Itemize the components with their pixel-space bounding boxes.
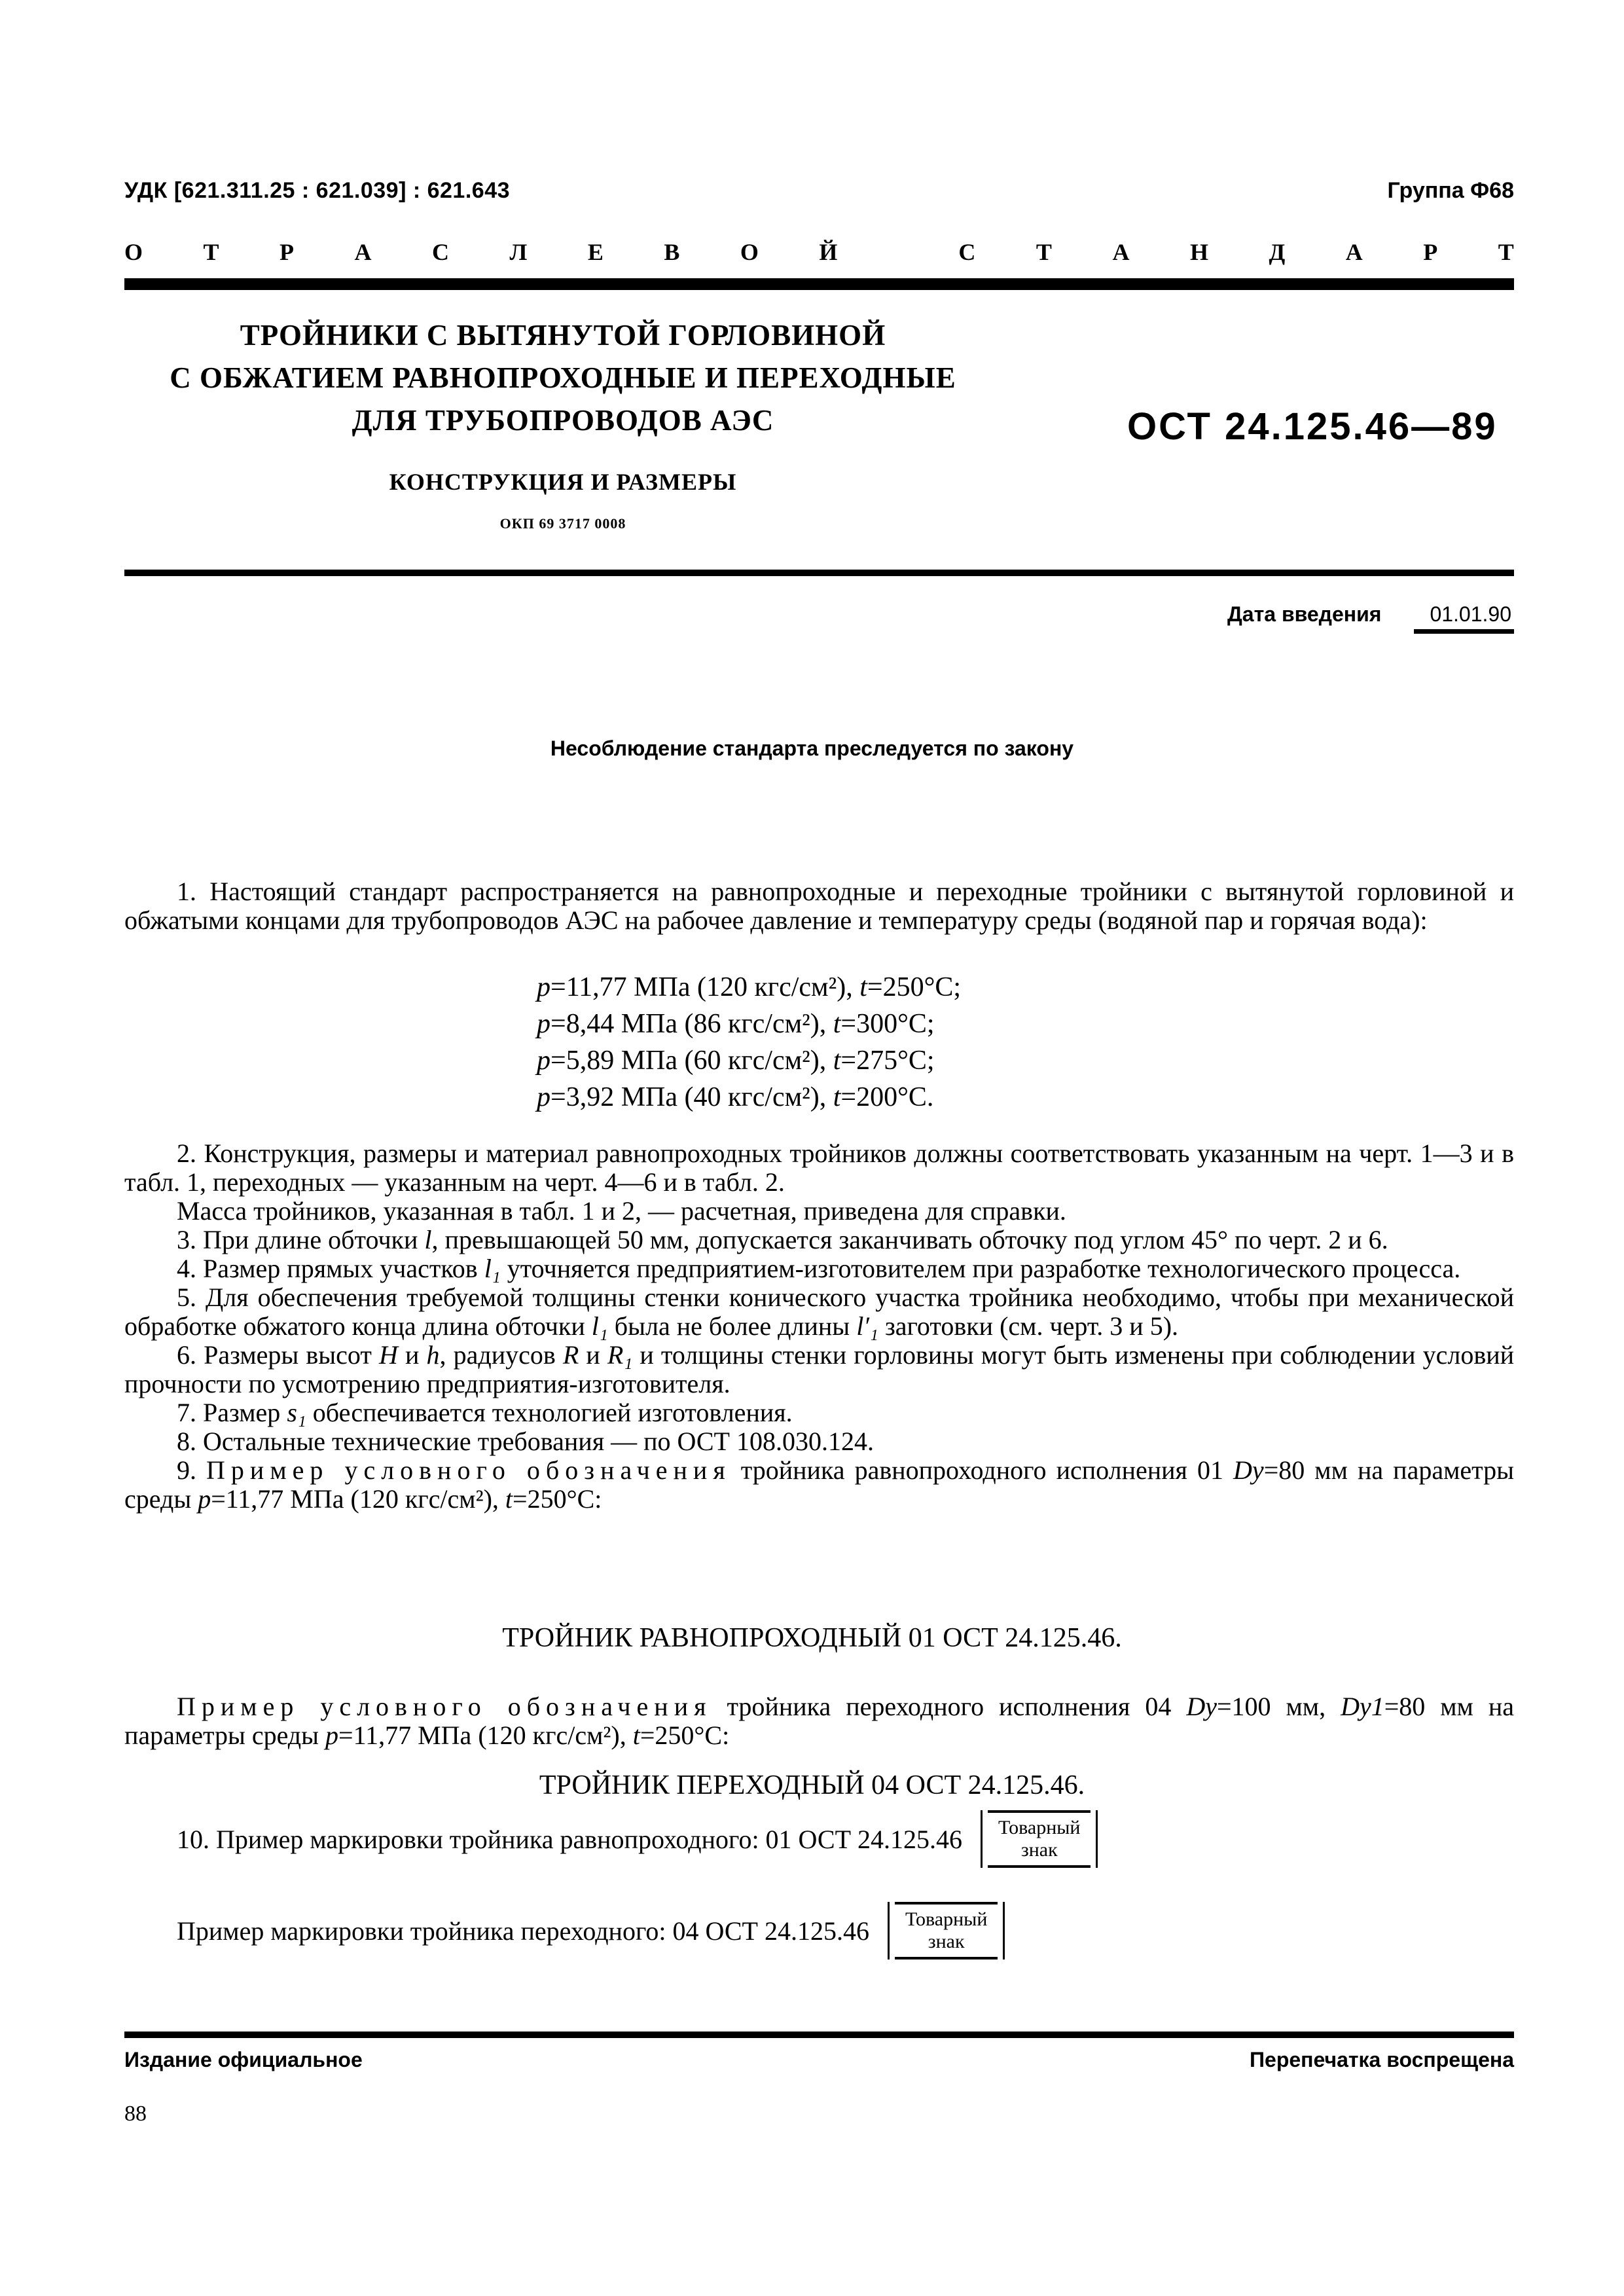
formula-line: p=8,44 МПа (86 кгс/см²), t=300°С; xyxy=(537,1006,935,1042)
official-edition: Издание официальное xyxy=(124,2048,363,2072)
title-line: С ОБЖАТИЕМ РАВНОПРОХОДНЫЕ И ПЕРЕХОДНЫЕ xyxy=(124,357,1001,399)
heading-letter: Л xyxy=(510,238,528,266)
formula-line: p=3,92 МПа (40 кгс/см²), t=200°С. xyxy=(537,1079,933,1116)
paragraph-2: 2. Конструкция, размеры и материал равно… xyxy=(124,1139,1514,1197)
temp-value: 300°С; xyxy=(856,1009,934,1039)
paragraph-8: 8. Остальные технические требования — по… xyxy=(124,1427,1514,1456)
intro-date-label: Дата введения xyxy=(1227,602,1381,627)
heading-letter: О xyxy=(740,238,759,266)
example-reducing-tee: ТРОЙНИК ПЕРЕХОДНЫЙ 04 ОСТ 24.125.46. xyxy=(0,1770,1624,1801)
paragraph-2b: Масса тройников, указанная в табл. 1 и 2… xyxy=(124,1197,1514,1226)
marking-example-1: 10. Пример маркировки тройника равнопрох… xyxy=(177,1810,1098,1868)
kgf-value: (86 кгс/см²), xyxy=(685,1009,827,1039)
trademark-box: Товарный знак xyxy=(888,1902,1005,1959)
paragraph-7: 7. Размер s₁ обеспечивается технологией … xyxy=(124,1398,1514,1427)
kgf-value: (40 кгс/см²), xyxy=(685,1082,827,1112)
group-code: Группа Ф68 xyxy=(1388,178,1514,204)
heading-letter: А xyxy=(355,238,372,266)
temp-value: 250°С; xyxy=(883,972,961,1002)
heading-letter: А xyxy=(1112,238,1129,266)
reprint-notice: Перепечатка воспрещена xyxy=(1250,2048,1514,2072)
udk-code: УДК [621.311.25 : 621.039] : 621.643 xyxy=(124,178,510,204)
unit: МПа xyxy=(621,1082,677,1112)
paragraph-9b: Пример условного обозначения тройника пе… xyxy=(124,1692,1514,1750)
example-equal-tee: ТРОЙНИК РАВНОПРОХОДНЫЙ 01 ОСТ 24.125.46. xyxy=(0,1622,1624,1654)
title-line: ДЛЯ ТРУБОПРОВОДОВ АЭС xyxy=(124,399,1001,442)
heading-letter: В xyxy=(664,238,679,266)
trademark-label: Товарный xyxy=(998,1817,1080,1839)
kgf-value: (120 кгс/см²), xyxy=(697,972,853,1002)
unit: МПа xyxy=(621,1009,677,1039)
trademark-label: знак xyxy=(998,1839,1080,1861)
pressure-value: 8,44 xyxy=(566,1009,615,1039)
okp-code: ОКП 69 3717 0008 xyxy=(124,515,1001,532)
heading-letter: Н xyxy=(1190,238,1208,266)
heading-letter: А xyxy=(1346,238,1363,266)
unit: МПа xyxy=(634,972,690,1002)
marking-text: Пример маркировки тройника переходного: … xyxy=(177,1916,869,1946)
paragraph-3: 3. При длине обточки l, превышающей 50 м… xyxy=(124,1226,1514,1254)
intro-date: Дата введения 01.01.90 xyxy=(1227,602,1514,634)
pressure-value: 3,92 xyxy=(566,1082,615,1112)
formula-line: p=5,89 МПа (60 кгс/см²), t=275°С; xyxy=(537,1042,935,1079)
formula-line: p=11,77 МПа (120 кгс/см²), t=250°С; xyxy=(537,969,961,1006)
law-notice: Несоблюдение стандарта преследуется по з… xyxy=(0,737,1624,761)
heading-letter: Е xyxy=(588,238,604,266)
heading-letter: Р xyxy=(1423,238,1437,266)
heading-letter: С xyxy=(958,238,975,266)
trademark-label: знак xyxy=(905,1931,987,1953)
heading-letter: О xyxy=(124,238,143,266)
standard-type-heading: О Т Р А С Л Е В О Й С Т А Н Д А Р Т xyxy=(124,236,1514,268)
heading-letter: Т xyxy=(204,238,219,266)
paragraph-9: 9. Пример условного обозначения тройника… xyxy=(124,1456,1514,1514)
standard-number: ОСТ 24.125.46—89 xyxy=(1127,405,1498,448)
pressure-value: 11,77 xyxy=(566,972,627,1002)
unit: МПа xyxy=(621,1046,677,1076)
trademark-box: Товарный знак xyxy=(981,1810,1098,1868)
kgf-value: (60 кгс/см²), xyxy=(685,1046,827,1076)
header-rule xyxy=(124,278,1514,290)
heading-letter: Т xyxy=(1498,238,1514,266)
paragraph-5: 5. Для обеспечения требуемой толщины сте… xyxy=(124,1283,1514,1341)
heading-letter: Й xyxy=(819,238,837,266)
paragraph-6: 6. Размеры высот H и h, радиусов R и R₁ … xyxy=(124,1341,1514,1398)
heading-letter: Т xyxy=(1036,238,1052,266)
pressure-value: 5,89 xyxy=(566,1046,615,1076)
page-number: 88 xyxy=(124,2102,147,2126)
subtitle: КОНСТРУКЦИЯ И РАЗМЕРЫ xyxy=(124,468,1001,496)
temp-value: 275°С; xyxy=(856,1046,934,1076)
temp-value: 200°С. xyxy=(856,1082,933,1112)
paragraphs-2-8: 2. Конструкция, размеры и материал равно… xyxy=(124,1139,1514,1514)
title-line: ТРОЙНИКИ С ВЫТЯНУТОЙ ГОРЛОВИНОЙ xyxy=(124,314,1001,357)
heading-letter: Д xyxy=(1269,238,1285,266)
heading-letter: С xyxy=(432,238,449,266)
intro-date-value: 01.01.90 xyxy=(1414,602,1514,634)
title-rule xyxy=(124,570,1514,576)
paragraph-1: 1. Настоящий стандарт распространяется н… xyxy=(124,877,1514,935)
trademark-label: Товарный xyxy=(905,1908,987,1931)
paragraph-4: 4. Размер прямых участков l₁ уточняется … xyxy=(124,1254,1514,1283)
footer-rule xyxy=(124,2032,1514,2038)
marking-text: 10. Пример маркировки тройника равнопрох… xyxy=(177,1824,962,1855)
heading-letter: Р xyxy=(280,238,294,266)
marking-example-2: Пример маркировки тройника переходного: … xyxy=(177,1902,1005,1959)
title-block: ТРОЙНИКИ С ВЫТЯНУТОЙ ГОРЛОВИНОЙ С ОБЖАТИ… xyxy=(124,314,1001,532)
